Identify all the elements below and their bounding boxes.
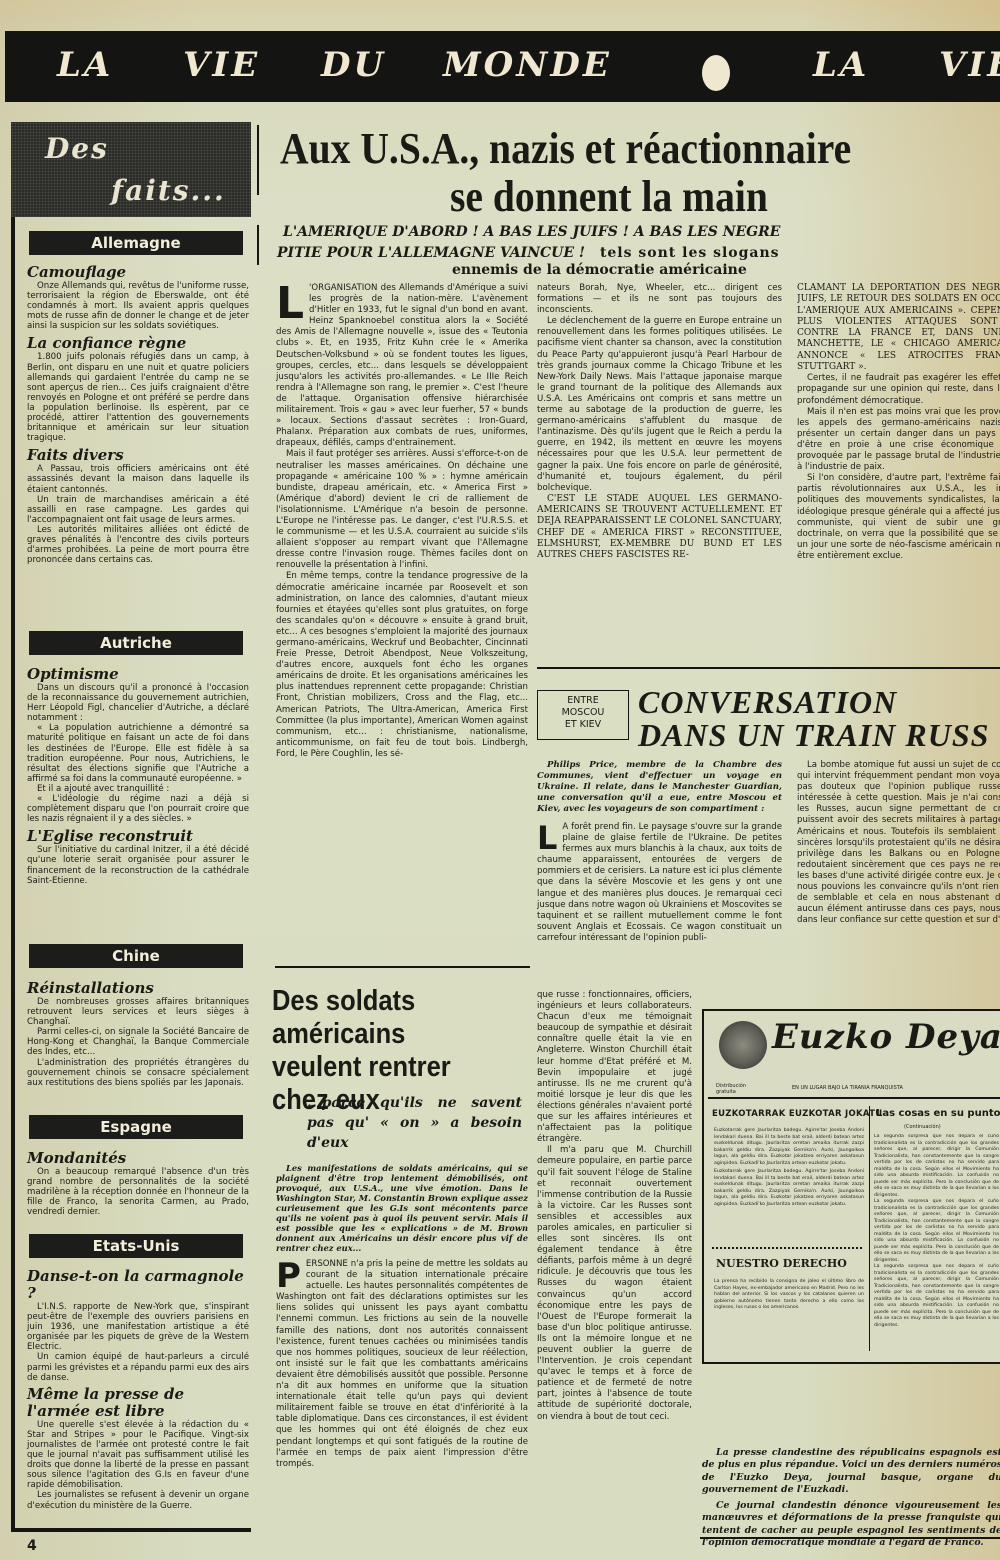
euzko-text: Euzkotarrak gere Jaurlaritza badegu. Agi… <box>714 1169 864 1208</box>
item-text: 1.800 juifs polonais réfugiés dans un ca… <box>27 352 249 443</box>
euzko-right-text: La segunda sorpresa que nos depara el cu… <box>874 1134 999 1349</box>
article-paragraph: Mais il faut protéger ses arrières. Auss… <box>276 449 528 571</box>
section-header-etats-unis: Etats-Unis <box>29 1234 243 1258</box>
item-text: Une querelle s'est élevée à la rédaction… <box>27 1420 249 1491</box>
item-text: « La population autrichienne a démontré … <box>27 723 249 784</box>
item-text: Les autorités militaires alliées ont édi… <box>27 525 249 565</box>
item-text: De nombreuses grosses affaires britanniq… <box>27 997 249 1027</box>
conversation-body-wide: Philips Price, membre de la Chambre des … <box>537 760 782 944</box>
masthead-word: DU <box>321 45 386 85</box>
conversation-right-col: La bombe atomique fut aussi un sujet de … <box>797 760 1000 926</box>
soldats-subheadline: ...parce qu'ils ne savent pas qu' « on »… <box>307 1093 522 1153</box>
item-text: Sur l'initiative du cardinal Initzer, il… <box>27 845 249 885</box>
masthead-word: LA <box>57 45 113 85</box>
section-etats-unis: Danse-t-on la carmagnole ? L'I.N.S. rapp… <box>27 1268 249 1511</box>
drop-cap: L <box>537 824 557 852</box>
section-label-box: ENTRE MOSCOU ET KIEV <box>537 690 629 740</box>
article-paragraph: Il m'a paru que M. Churchill demeure pop… <box>537 1145 692 1422</box>
drop-cap: L <box>276 285 304 323</box>
item-heading: Danse-t-on la carmagnole ? <box>27 1268 249 1302</box>
section-allemagne: Camouflage Onze Allemands qui, revêtus d… <box>27 264 249 565</box>
main-kicker-line3: ennemis de la démocratie américaine <box>452 262 747 278</box>
section-header-chine: Chine <box>29 944 243 968</box>
caption-paragraph: Ce journal clandestin dénonce vigoureuse… <box>702 1500 1000 1549</box>
item-heading: Mondanités <box>27 1150 249 1167</box>
item-text: Parmi celles-ci, on signale la Société B… <box>27 1027 249 1057</box>
article-paragraph: nateurs Borah, Nye, Wheeler, etc... diri… <box>537 283 782 316</box>
article-caps-paragraph: CLAMANT LA DEPORTATION DES NEGRES ET DES… <box>797 283 1000 373</box>
item-text: On a beaucoup remarqué l'absence d'un tr… <box>27 1167 249 1217</box>
item-heading: Camouflage <box>27 264 249 281</box>
column-rule <box>257 125 259 195</box>
conversation-intro: Philips Price, membre de la Chambre des … <box>537 760 782 815</box>
des-faits-title-line2: faits... <box>111 174 226 207</box>
main-headline-line1: Aux U.S.A., nazis et réactionnaire <box>280 125 964 173</box>
basque-seal-icon <box>719 1021 767 1069</box>
article-paragraph: 'ORGANISATION des Allemands d'Amérique a… <box>276 283 528 449</box>
main-article-col2: nateurs Borah, Nye, Wheeler, etc... diri… <box>537 283 782 562</box>
des-faits-header: Des faits... <box>11 122 251 217</box>
label-line: ENTRE <box>538 695 628 707</box>
item-heading: Faits divers <box>27 447 249 464</box>
drop-cap: P <box>276 1261 301 1291</box>
article-paragraph: Le déclenchement de la guerre en Europe … <box>537 316 782 494</box>
item-text: Un train de marchandises américain a été… <box>27 495 249 525</box>
kicker-slogan: PITIE POUR L'ALLEMAGNE VAINCUE ! <box>277 245 585 261</box>
main-kicker-line1: L'AMERIQUE D'ABORD ! A BAS LES JUIFS ! A… <box>283 224 780 240</box>
label-line: MOSCOU <box>538 707 628 719</box>
column-rule <box>869 1106 870 1351</box>
euzko-section-heading: NUESTRO DERECHO <box>716 1257 847 1270</box>
soldats-body: Les manifestations de soldats américains… <box>276 1163 528 1470</box>
section-header-autriche: Autriche <box>29 631 243 655</box>
bullet-dot-icon <box>702 55 730 91</box>
masthead-word: VIE <box>939 45 1000 85</box>
article-divider <box>700 1537 1000 1539</box>
section-chine: Réinstallations De nombreuses grosses af… <box>27 980 249 1088</box>
item-heading: La confiance règne <box>27 335 249 352</box>
item-heading: L'Eglise reconstruit <box>27 828 249 845</box>
masthead-word: MONDE <box>443 45 612 85</box>
masthead-word: VIE <box>183 45 260 85</box>
conversation-headline: CONVERSATION DANS UN TRAIN RUSS <box>638 686 989 752</box>
caption-paragraph: La presse clandestine des républicains e… <box>702 1447 1000 1496</box>
article-paragraph: En même temps, contre la tendance progre… <box>276 571 528 760</box>
section-autriche: Optimisme Dans un discours qu'il a prono… <box>27 666 249 886</box>
main-article-col3: CLAMANT LA DEPORTATION DES NEGRES ET DES… <box>797 283 1000 562</box>
column-rule <box>257 225 259 265</box>
article-caps-paragraph: C'EST LE STADE AUQUEL LES GERMANO-AMERIC… <box>537 494 782 562</box>
euzko-section-text: La prensa ha recibido la consigna de jal… <box>714 1279 864 1312</box>
masthead-rule <box>708 1097 1000 1099</box>
section-header-allemagne: Allemagne <box>29 231 243 255</box>
euzko-left-heading: EUZKOTARRAK EUZKOTAR JOKATU <box>712 1109 882 1119</box>
page-number: 4 <box>27 1538 37 1554</box>
article-paragraph: que russe : fonctionnaires, officiers, i… <box>537 990 692 1145</box>
article-paragraph: A forêt prend fin. Le paysage s'ouvre su… <box>537 822 782 944</box>
euzko-right-subheading: (Continuación) <box>904 1124 941 1130</box>
item-text: Les journalistes se refusent à devenir u… <box>27 1490 249 1510</box>
item-text: L'I.N.S. rapporte de New-York que, s'ins… <box>27 1302 249 1352</box>
item-text: L'administration des propriétés étrangèr… <box>27 1058 249 1088</box>
conversation-headline-line2: DANS UN TRAIN RUSS <box>638 719 989 752</box>
article-paragraph: ERSONNE n'a pris la peine de mettre les … <box>276 1259 528 1470</box>
conversation-headline-line1: CONVERSATION <box>638 686 989 719</box>
article-paragraph: Mais il n'en est pas moins vrai que les … <box>797 407 1000 474</box>
soldats-intro: Les manifestations de soldats américains… <box>276 1163 528 1253</box>
item-heading: Réinstallations <box>27 980 249 997</box>
euzko-tagline: EN UN LUGAR BAJO LA TIRANIA FRANQUISTA <box>792 1085 903 1091</box>
item-text: Onze Allemands qui, revêtus de l'uniform… <box>27 281 249 331</box>
item-heading: Même la presse de l'armée est libre <box>27 1386 249 1420</box>
masthead-banner: LA VIE DU MONDE LA VIE <box>5 31 1000 102</box>
des-faits-column: Des faits... Allemagne Camouflage Onze A… <box>11 122 251 1532</box>
des-faits-title-line1: Des <box>45 132 109 165</box>
item-heading: Optimisme <box>27 666 249 683</box>
euzko-text: La prensa ha recibido la consigna de jal… <box>714 1279 864 1312</box>
item-text: Dans un discours qu'il a prononcé à l'oc… <box>27 683 249 723</box>
main-article-col1: L 'ORGANISATION des Allemands d'Amérique… <box>276 283 528 760</box>
main-headline-line2: se donnent la main <box>450 173 1000 221</box>
item-text: A Passau, trois officiers américains ont… <box>27 464 249 494</box>
kicker-rest: tels sont les slogans <box>600 245 780 261</box>
article-divider <box>537 667 1000 669</box>
section-header-espagne: Espagne <box>29 1115 243 1139</box>
conversation-body-narrow: que russe : fonctionnaires, officiers, i… <box>537 990 692 1423</box>
distribution-note: Distribución gratuita <box>716 1083 761 1095</box>
euzko-text: Euzkotarrak gere Jaurlaritza badegu. Agi… <box>714 1128 864 1167</box>
section-espagne: Mondanités On a beaucoup remarqué l'abse… <box>27 1150 249 1217</box>
article-paragraph: Si l'on considère, d'autre part, l'extrê… <box>797 473 1000 562</box>
item-text: Et il a ajouté avec tranquillité : <box>27 784 249 794</box>
euzko-text: La segunda sorpresa que nos depara el cu… <box>874 1134 999 1199</box>
euzko-right-heading: Las cosas en su punto <box>876 1108 1000 1119</box>
main-kicker-line2: PITIE POUR L'ALLEMAGNE VAINCUE ! tels so… <box>277 245 780 261</box>
euzko-left-text: Euzkotarrak gere Jaurlaritza badegu. Agi… <box>714 1128 864 1208</box>
article-paragraph: Certes, il ne faudrait pas exagérer les … <box>797 373 1000 406</box>
euzko-deya-facsimile: Euzko Deya Distribución gratuita EN UN L… <box>702 1009 1000 1364</box>
euzko-deya-masthead: Euzko Deya <box>772 1017 1000 1057</box>
item-text: Un camion équipé de haut-parleurs a circ… <box>27 1352 249 1382</box>
euzko-text: La segunda sorpresa que nos depara el cu… <box>874 1199 999 1264</box>
article-paragraph: La bombe atomique fut aussi un sujet de … <box>797 760 1000 926</box>
label-line: ET KIEV <box>538 719 628 731</box>
decorative-rule <box>712 1247 862 1252</box>
item-text: « L'idéologie du régime nazi a déjà si c… <box>27 794 249 824</box>
euzko-text: La segunda sorpresa que nos depara el cu… <box>874 1264 999 1329</box>
masthead-word: LA <box>813 45 869 85</box>
article-divider <box>275 966 530 968</box>
